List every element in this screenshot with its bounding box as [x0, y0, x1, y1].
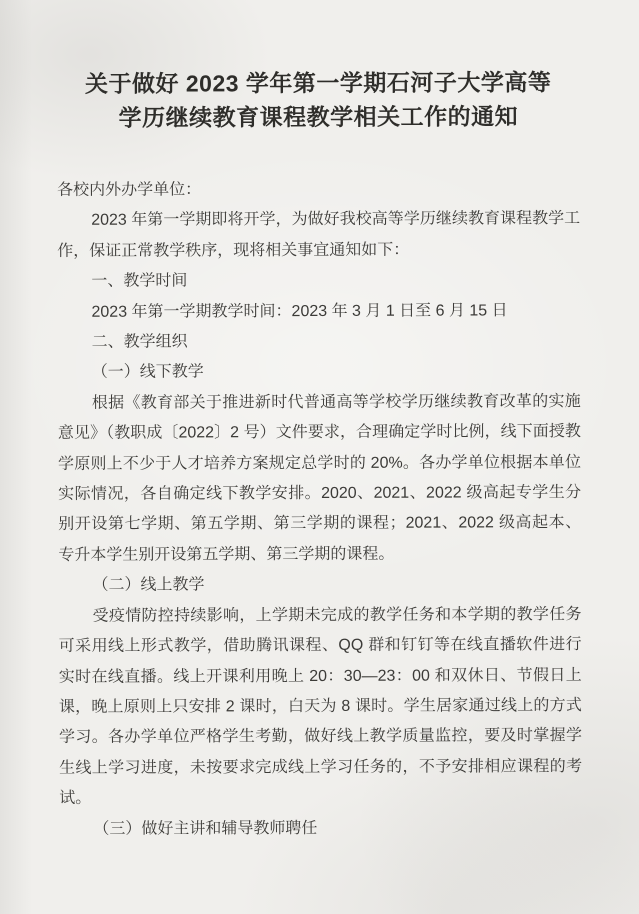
paragraph: 二、教学组织 — [58, 326, 581, 358]
scanned-page: 关于做好 2023 学年第一学期石河子大学高等 学历继续教育课程教学相关工作的通… — [0, 0, 639, 914]
paragraph: 根据《教育部关于推进新时代普通高等学校学历继续教育改革的实施意见》（教职成〔20… — [58, 387, 582, 571]
document-title-line-2: 学历继续教育课程教学相关工作的通知 — [39, 99, 598, 135]
document-title: 关于做好 2023 学年第一学期石河子大学高等 学历继续教育课程教学相关工作的通… — [39, 65, 598, 135]
paragraph: 受疫情防控持续影响，上学期未完成的教学任务和本学期的教学任务可采用线上形式教学，… — [59, 600, 583, 815]
paragraph: 2023 年第一学期即将开学，为做好我校高等学历继续教育课程教学工作，保证正常教… — [57, 204, 580, 267]
paragraph: 一、教学时间 — [57, 265, 580, 297]
document-title-line-1: 关于做好 2023 学年第一学期石河子大学高等 — [39, 65, 598, 101]
paragraph: （二）线上教学 — [58, 569, 581, 601]
paragraph: （一）线下教学 — [58, 357, 581, 389]
paragraph: （三）做好主讲和辅导教师聘任 — [59, 813, 582, 845]
paragraph: 各校内外办学单位： — [57, 174, 580, 206]
document-sheet: 关于做好 2023 学年第一学期石河子大学高等 学历继续教育课程教学相关工作的通… — [0, 0, 639, 914]
paragraph: 2023 年第一学期教学时间：2023 年 3 月 1 日至 6 月 15 日 — [57, 296, 580, 328]
document-body: 各校内外办学单位：2023 年第一学期即将开学，为做好我校高等学历继续教育课程教… — [57, 174, 582, 845]
